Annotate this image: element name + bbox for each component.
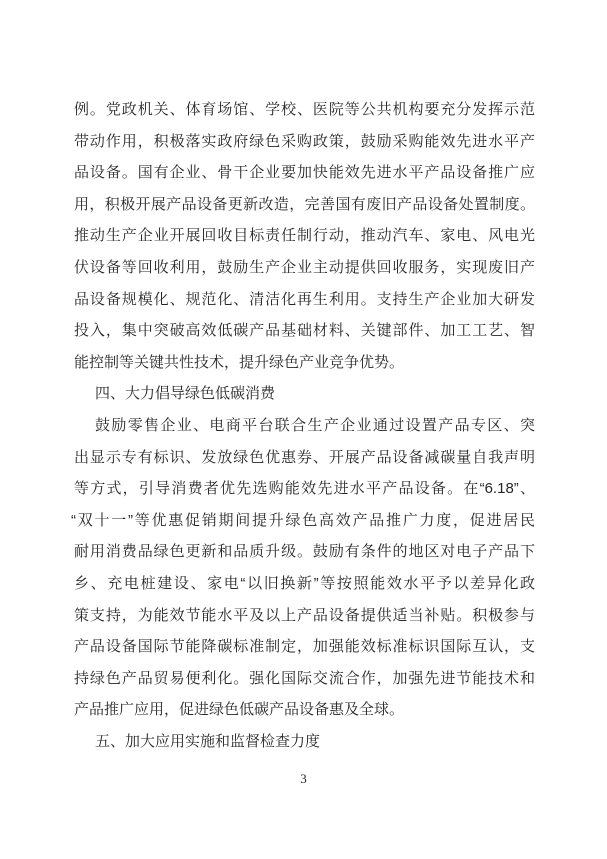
text-line: 耐用消费品绿色更新和品质升级。鼓励有条件的地区对电子产品下 bbox=[74, 536, 535, 568]
text-line: 持绿色产品贸易便利化。强化国际交流合作，加强先进节能技术和 bbox=[74, 663, 535, 695]
text-line: 品设备规模化、规范化、清洁化再生利用。支持生产企业加大研发 bbox=[74, 284, 535, 316]
text-line: 等方式，引导消费者优先选购能效先进水平产品设备。在“6.18”、 bbox=[74, 473, 535, 505]
text-line: 例。党政机关、体育场馆、学校、医院等公共机构要充分发挥示范 bbox=[74, 94, 535, 126]
document-page: 例。党政机关、体育场馆、学校、医院等公共机构要充分发挥示范 带动作用，积极落实政… bbox=[0, 0, 607, 859]
text-line: 带动作用，积极落实政府绿色采购政策，鼓励采购能效先进水平产 bbox=[74, 126, 535, 158]
document-text-block: 例。党政机关、体育场馆、学校、医院等公共机构要充分发挥示范 带动作用，积极落实政… bbox=[74, 94, 535, 757]
section-heading-five: 五、加大应用实施和监督检查力度 bbox=[74, 726, 535, 758]
text-line: 产品设备国际节能降碳标准制定，加强能效标准标识国际互认，支 bbox=[74, 631, 535, 663]
text-line: 乡、充电桩建设、家电“以旧换新”等按照能效水平予以差异化政 bbox=[74, 568, 535, 600]
text-line: 策支持，为能效节能水平及以上产品设备提供适当补贴。积极参与 bbox=[74, 600, 535, 632]
text-line: 出显示专有标识、发放绿色优惠券、开展产品设备减碳量自我声明 bbox=[74, 442, 535, 474]
text-line: “双十一”等优惠促销期间提升绿色高效产品推广力度，促进居民 bbox=[71, 505, 535, 537]
text-line: 产品推广应用，促进绿色低碳产品设备惠及全球。 bbox=[74, 694, 535, 726]
text-line: 投入，集中突破高效低碳产品基础材料、关键部件、加工工艺、智 bbox=[74, 315, 535, 347]
text-line: 品设备。国有企业、骨干企业要加快能效先进水平产品设备推广应 bbox=[74, 157, 535, 189]
page-number: 3 bbox=[300, 771, 307, 786]
page-footer: 3 bbox=[0, 770, 607, 788]
text-line: 能控制等关键共性技术，提升绿色产业竞争优势。 bbox=[74, 347, 535, 379]
text-line: 用，积极开展产品设备更新改造，完善国有废旧产品设备处置制度。 bbox=[74, 189, 535, 221]
text-line: 鼓励零售企业、电商平台联合生产企业通过设置产品专区、突 bbox=[74, 410, 535, 442]
section-heading-four: 四、大力倡导绿色低碳消费 bbox=[74, 378, 535, 410]
text-line: 推动生产企业开展回收目标责任制行动，推动汽车、家电、风电光 bbox=[74, 220, 535, 252]
text-line: 伏设备等回收利用，鼓励生产企业主动提供回收服务，实现废旧产 bbox=[74, 252, 535, 284]
